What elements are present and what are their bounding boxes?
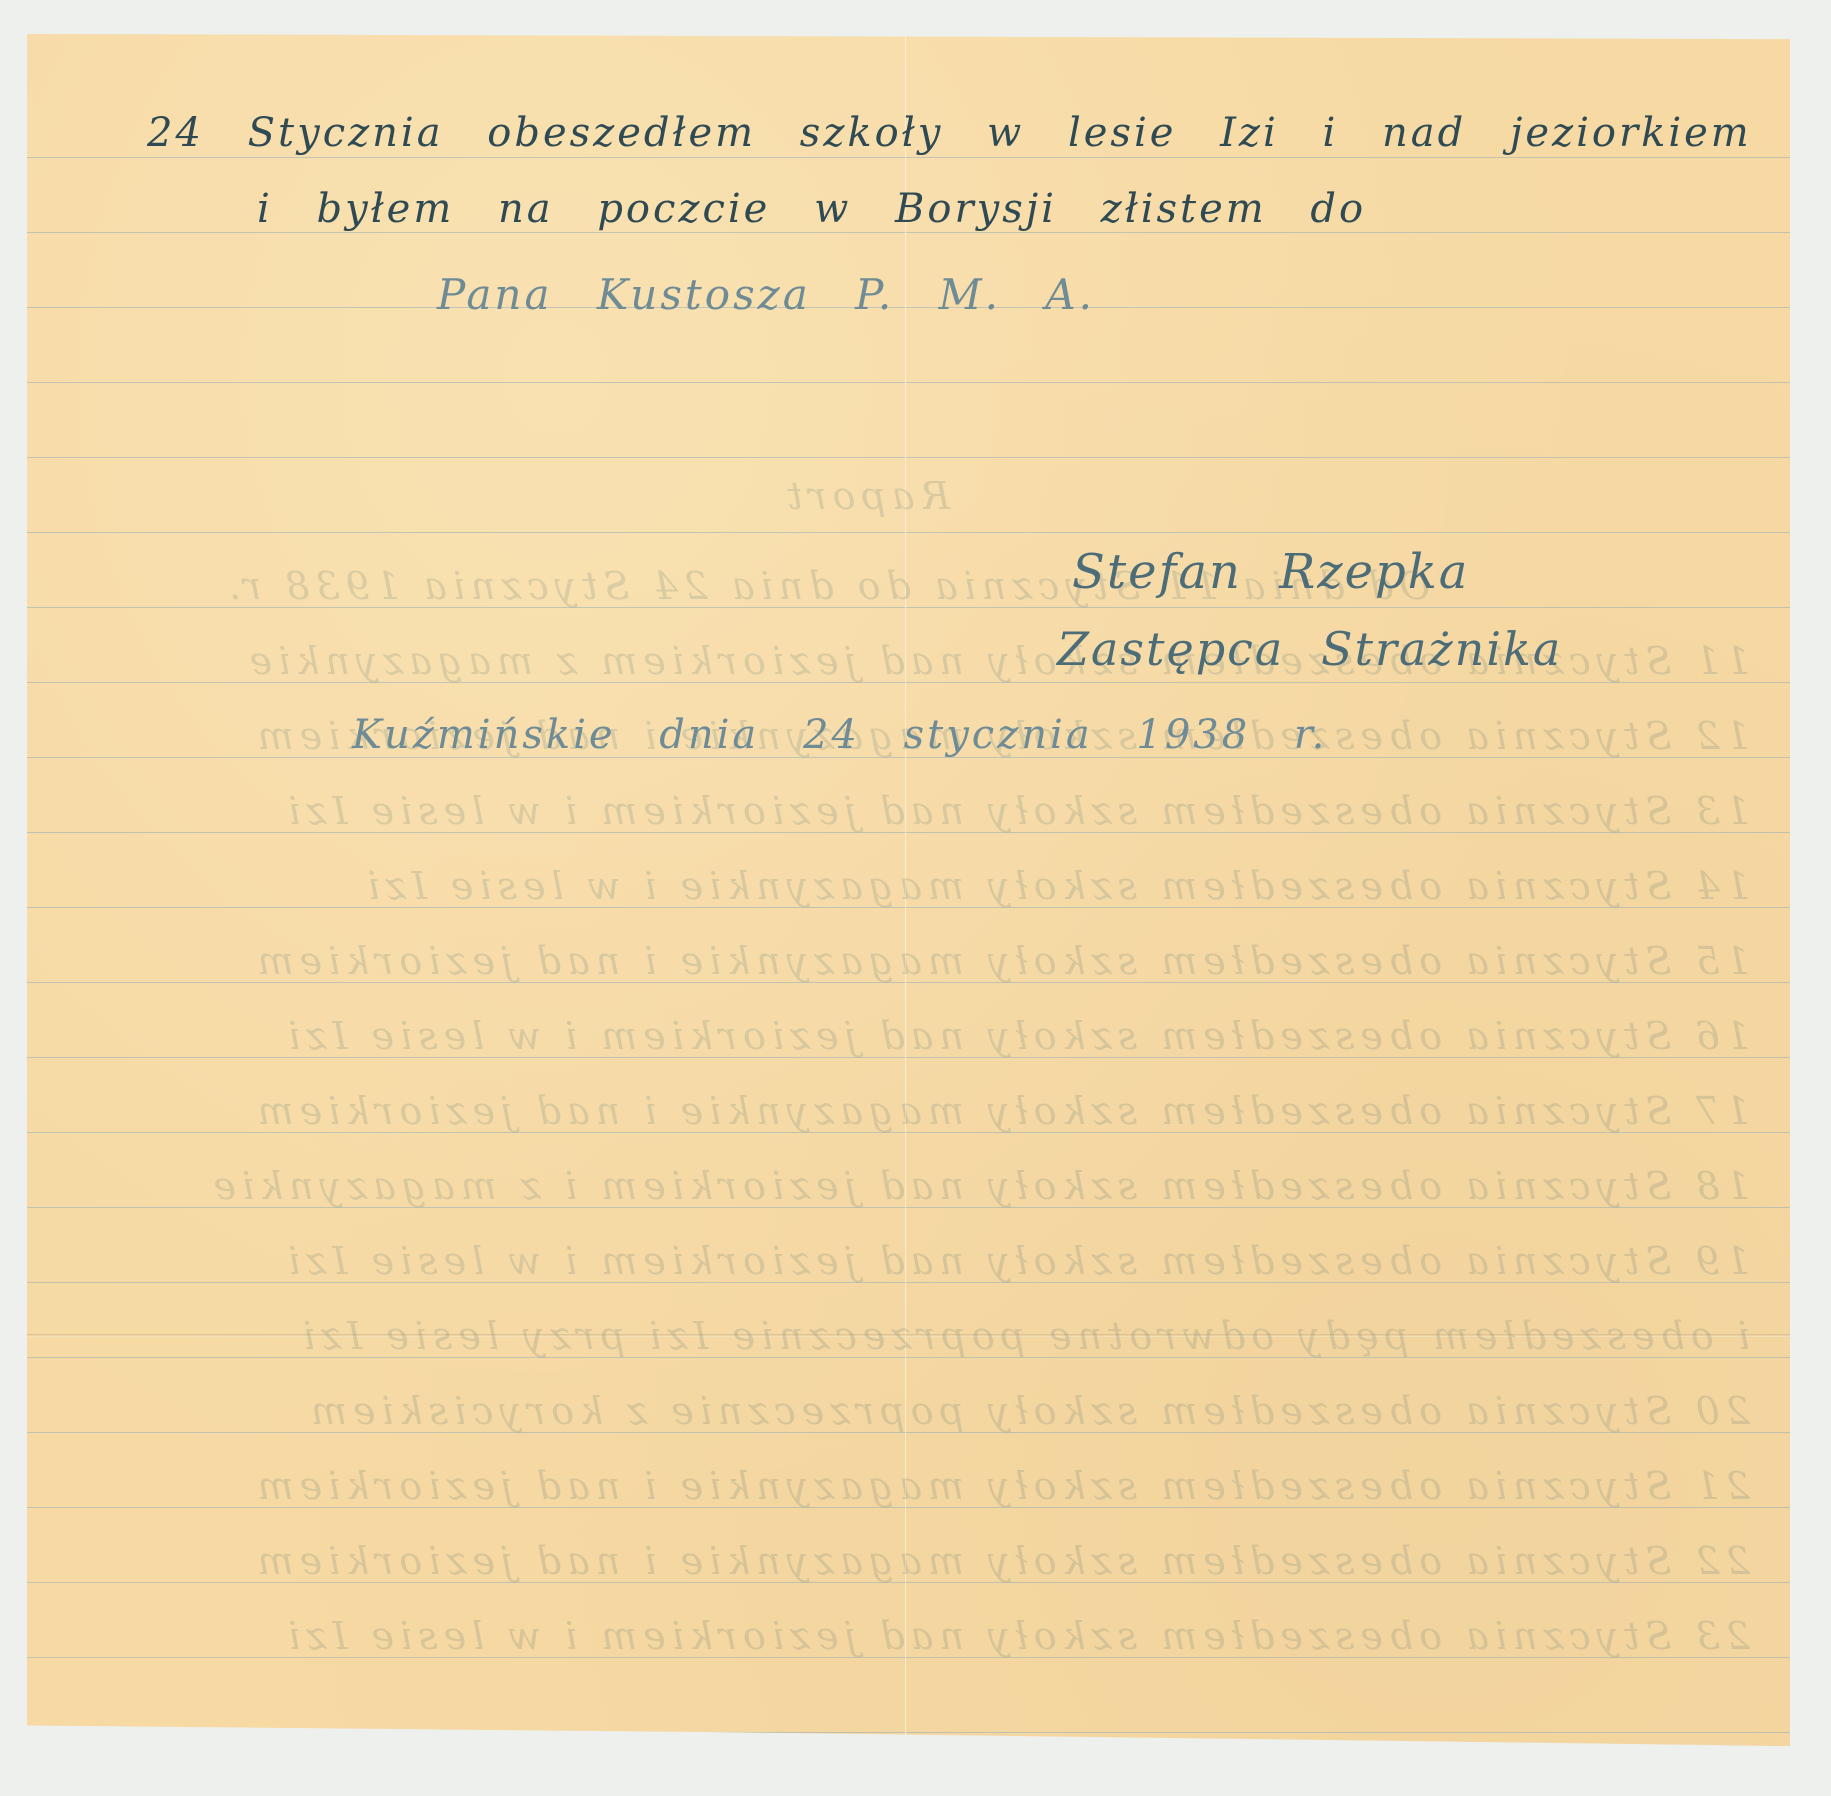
ruled-line [27, 1507, 1790, 1508]
ruled-line [27, 607, 1790, 608]
ruled-line [27, 907, 1790, 908]
bleed-line: 20 Stycznia obeszedłem szkoły poprzeczni… [305, 1389, 1750, 1433]
place-and-date: Kuźmińskie dnia 24 stycznia 1938 r. [352, 712, 1327, 758]
bleed-heading: Raport [781, 474, 950, 518]
ruled-line [27, 382, 1790, 383]
bleed-line: 14 Stycznia obeszedłem szkoły magazynkie… [362, 864, 1750, 908]
ruled-line [27, 232, 1790, 233]
ruled-line [27, 1432, 1790, 1433]
bleed-line: 13 Stycznia obeszedłem szkoły nad jezior… [282, 789, 1750, 833]
bleed-line: 15 Stycznia obeszedłem szkoły magazynkie… [252, 939, 1750, 983]
ruled-line [27, 1132, 1790, 1133]
ruled-line [27, 982, 1790, 983]
ruled-line [27, 1057, 1790, 1058]
signature-name: Stefan Rzepka [1072, 544, 1469, 600]
lined-paper-sheet: Raport Od dnia 11 Stycznia do dnia 24 St… [27, 34, 1790, 1746]
ruled-line [27, 1282, 1790, 1283]
ruled-line [27, 1582, 1790, 1583]
ruled-line [27, 1732, 1790, 1733]
scanned-document: Raport Od dnia 11 Stycznia do dnia 24 St… [0, 0, 1831, 1796]
ruled-line [27, 1357, 1790, 1358]
signature-title: Zastępca Strażnika [1057, 622, 1562, 676]
ruled-line [27, 832, 1790, 833]
bleed-line: 23 Stycznia obeszedłem szkoły nad jezior… [282, 1614, 1750, 1658]
horizontal-fold-crease [27, 1334, 1790, 1337]
ruled-line [27, 532, 1790, 533]
body-line-3-addressee: Pana Kustosza P. M. A. [437, 270, 1095, 319]
body-line-2: i byłem na poczcie w Borysji złistem do [257, 186, 1366, 232]
ruled-line [27, 157, 1790, 158]
bleed-line: 16 Stycznia obeszedłem szkoły nad jezior… [282, 1014, 1750, 1058]
bleed-line: 17 Stycznia obeszedłem szkoły magazynkie… [252, 1089, 1750, 1133]
body-line-1: 24 Stycznia obeszedłem szkoły w lesie Iz… [147, 110, 1752, 156]
bleed-line: 19 Stycznia obeszedłem szkoły nad jezior… [282, 1239, 1750, 1283]
bleed-line: 22 Stycznia obeszedłem szkoły magazynkie… [252, 1539, 1750, 1583]
bleed-line: 21 Stycznia obeszedłem szkoły magazynkie… [252, 1464, 1750, 1508]
ruled-line [27, 457, 1790, 458]
ruled-line [27, 1207, 1790, 1208]
ruled-line [27, 682, 1790, 683]
bleed-line: 18 Stycznia obeszedłem szkoły nad jezior… [207, 1164, 1750, 1208]
ruled-line [27, 1657, 1790, 1658]
